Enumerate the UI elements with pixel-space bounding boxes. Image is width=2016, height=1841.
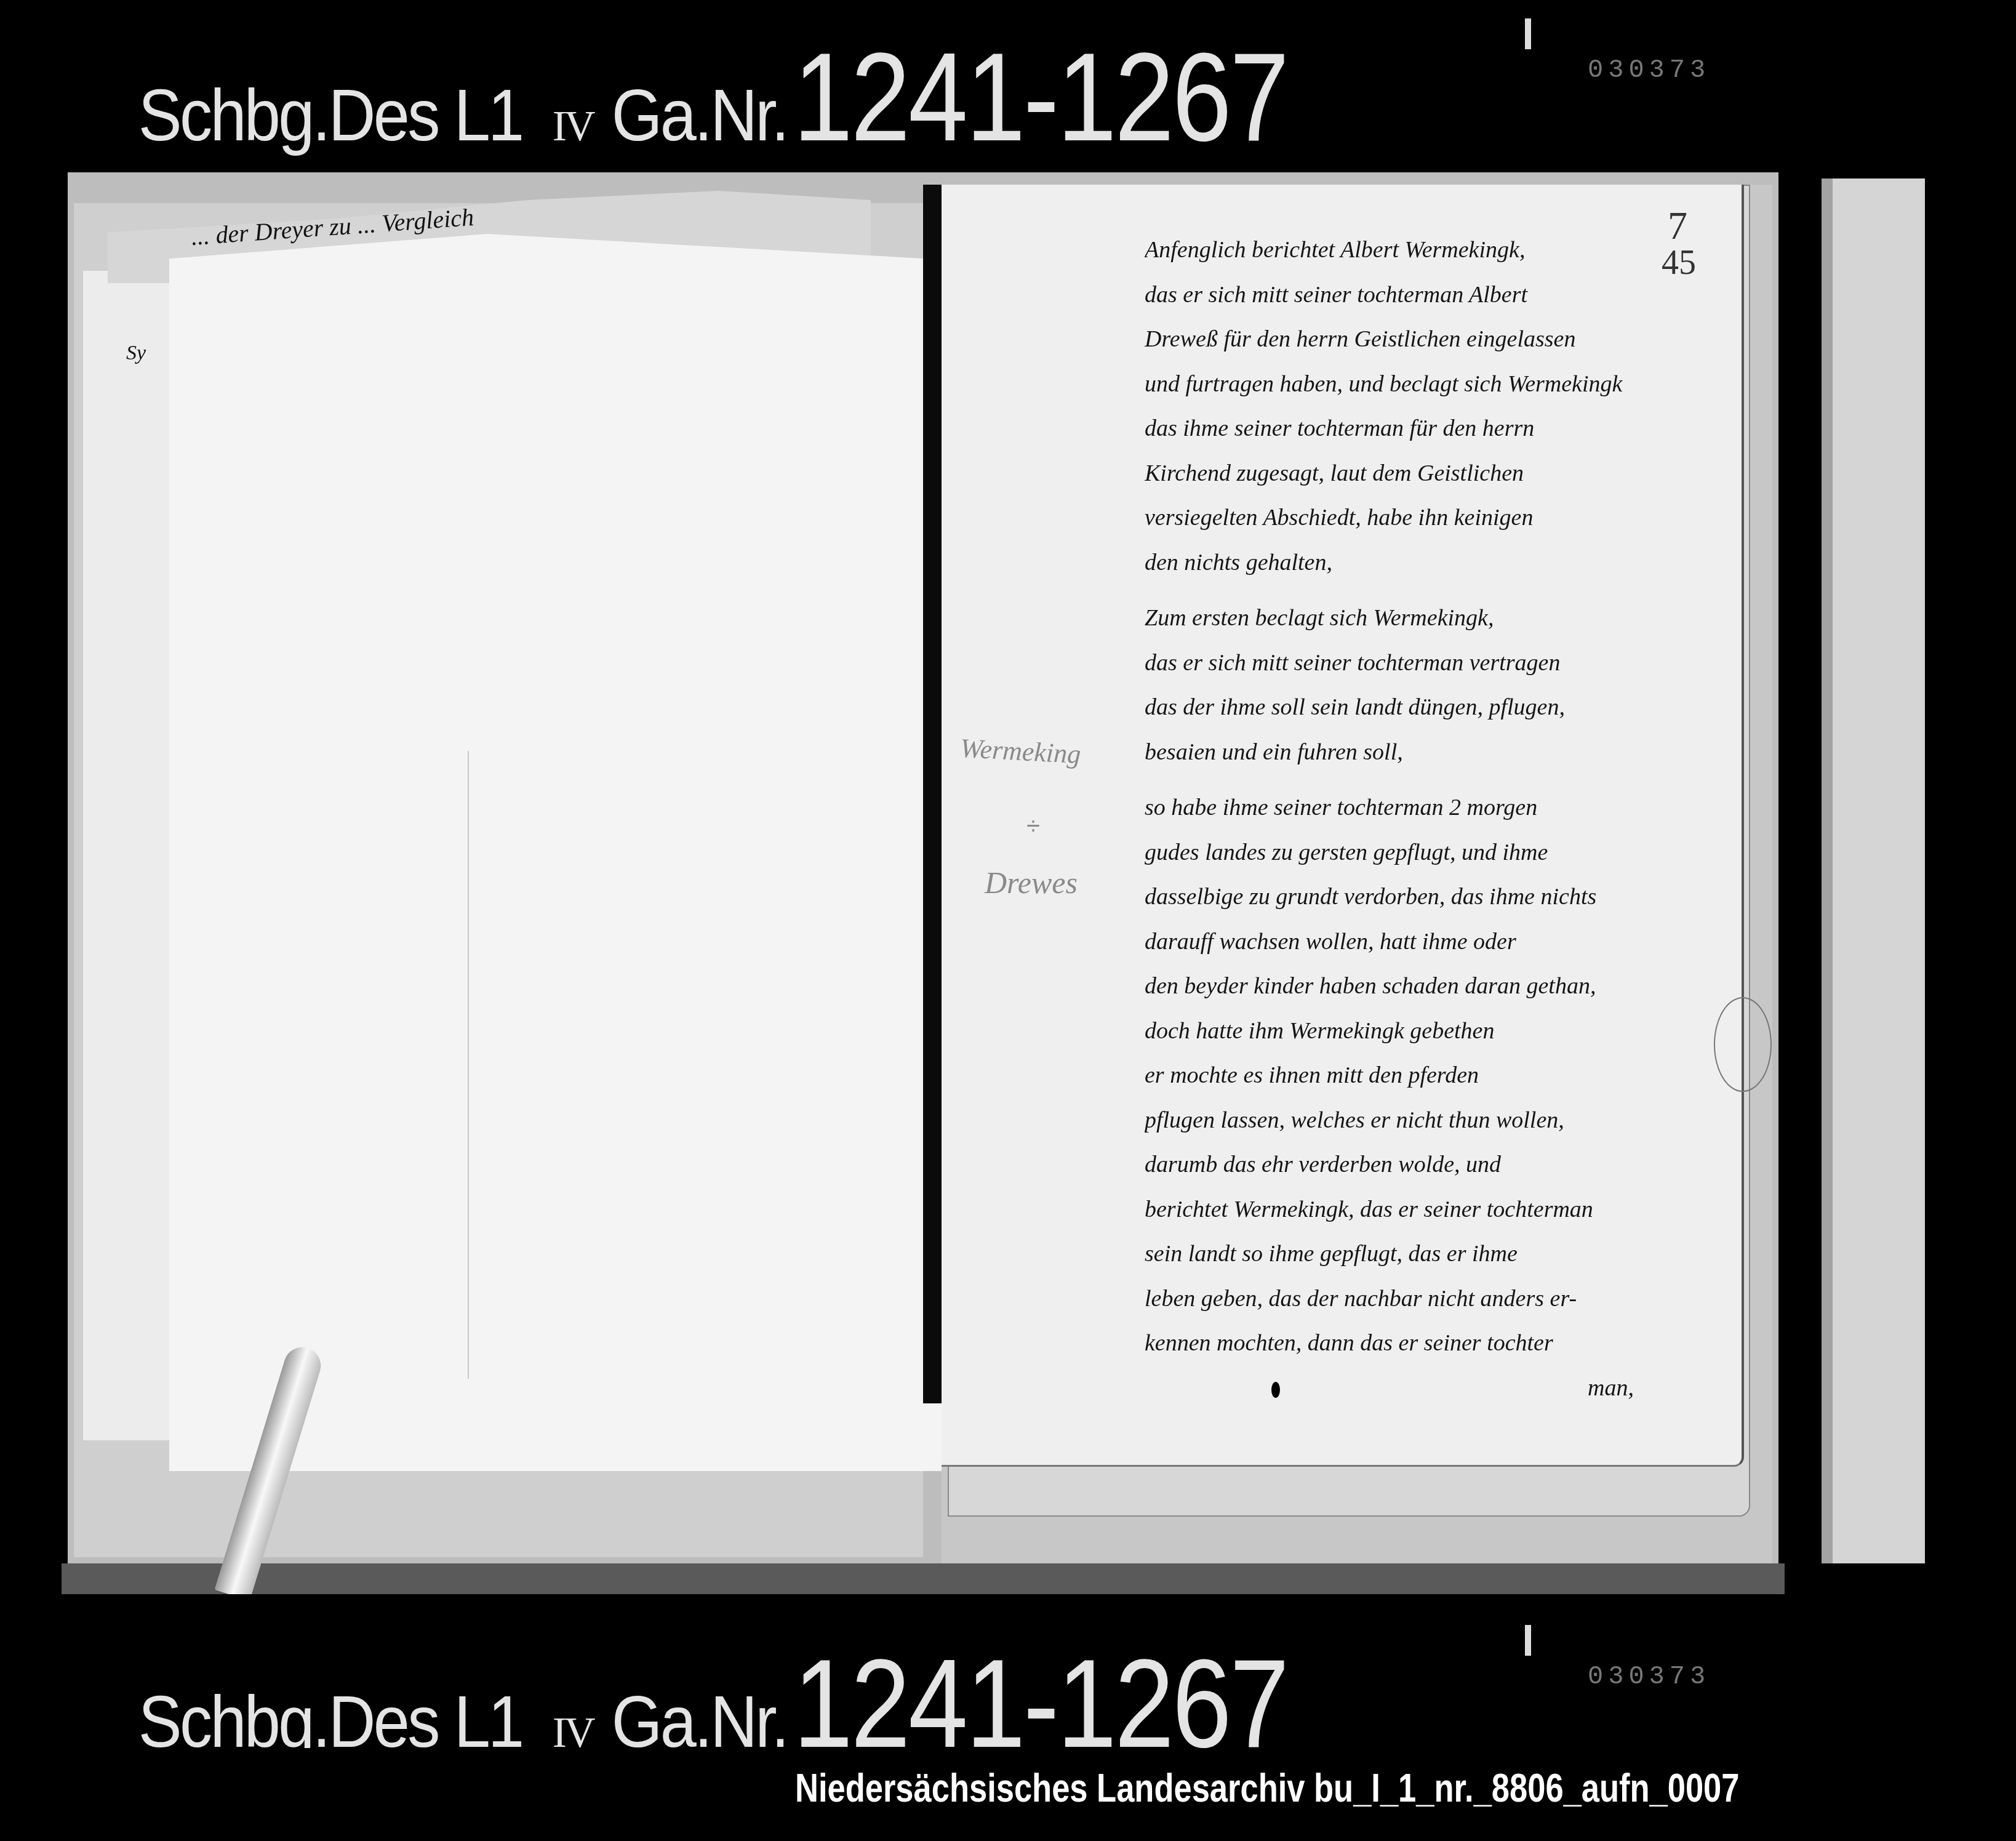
- manuscript-line: gudes landes zu gersten gepflugt, und ih…: [1145, 830, 1711, 875]
- frame-counter: 030373: [1588, 55, 1711, 98]
- manuscript-line: Anfenglich berichtet Albert Wermekingk,: [1145, 228, 1711, 273]
- film-tick-mark: [1525, 18, 1531, 49]
- archive-caption-bar: Niedersächsisches Landesarchiv bu_I_1_nr…: [0, 1748, 2016, 1841]
- frame-counter: 030373: [1588, 1662, 1711, 1705]
- manuscript-line: so habe ihme seiner tochterman 2 morgen: [1145, 785, 1711, 830]
- left-underlying-page: [83, 271, 177, 1440]
- manuscript-text: Anfenglich berichtet Albert Wermekingk, …: [1145, 228, 1711, 1410]
- manuscript-line: versiegelten Abschiedt, habe ihn keinige…: [1145, 495, 1711, 540]
- manuscript-line: berichtet Wermekingk, das er seiner toch…: [1145, 1187, 1711, 1232]
- left-margin-fragment: Sy: [126, 342, 146, 365]
- manuscript-line: und furtragen haben, und beclagt sich We…: [1145, 362, 1711, 407]
- ink-blot: [1271, 1382, 1280, 1398]
- right-binding-edge: [1822, 178, 1925, 1563]
- faint-circle-stamp: [1714, 997, 1772, 1092]
- pencil-note-name1: Wermeking: [959, 732, 1082, 770]
- manuscript-line: das der ihme soll sein landt düngen, pfl…: [1145, 685, 1711, 730]
- film-tick-mark: [1525, 1625, 1531, 1656]
- film-label-roman: IV: [553, 102, 593, 151]
- left-blank-page: [169, 234, 965, 1471]
- left-page-fold-line: [468, 751, 469, 1379]
- film-label-prefix: Schbg.Des L1: [138, 74, 522, 158]
- manuscript-line: besaien und ein fuhren soll,: [1145, 730, 1711, 775]
- manuscript-line: doch hatte ihm Wermekingk gebethen: [1145, 1009, 1711, 1054]
- manuscript-line: darumb das ehr verderben wolde, und: [1145, 1142, 1711, 1187]
- film-label-bottom: Schbg.Des L1 IV Ga.Nr. 1241-1267 030373: [0, 1594, 2016, 1748]
- film-label-top: Schbg.Des L1 IV Ga.Nr. 1241-1267 030373: [0, 0, 2016, 160]
- paragraph-gap: [1145, 774, 1711, 785]
- manuscript-line: er mochte es ihnen mitt den pferden: [1145, 1053, 1711, 1098]
- book-gutter: [923, 185, 942, 1403]
- manuscript-line: Kirchend zugesagt, laut dem Geistlichen: [1145, 451, 1711, 496]
- manuscript-line: Dreweß für den herrn Geistlichen eingela…: [1145, 317, 1711, 362]
- manuscript-line: das er sich mitt seiner tochterman vertr…: [1145, 641, 1711, 686]
- manuscript-line: Zum ersten beclagt sich Wermekingk,: [1145, 596, 1711, 641]
- film-label-text: Schbg.Des L1 IV Ga.Nr. 1241-1267: [117, 25, 1375, 170]
- manuscript-line: dasselbige zu grundt verdorben, das ihme…: [1145, 875, 1711, 920]
- manuscript-line: kennen mochten, dann das er seiner tocht…: [1145, 1321, 1711, 1366]
- manuscript-line: den beyder kinder haben schaden daran ge…: [1145, 964, 1711, 1009]
- archive-caption: Niedersächsisches Landesarchiv bu_I_1_nr…: [795, 1765, 1739, 1811]
- pencil-note-separator: ÷: [1026, 812, 1040, 840]
- manuscript-line: das er sich mitt seiner tochterman Alber…: [1145, 273, 1711, 318]
- manuscript-line: leben geben, das der nachbar nicht ander…: [1145, 1277, 1711, 1322]
- paragraph-gap: [1145, 585, 1711, 596]
- manuscript-line: sein landt so ihme gepflugt, das er ihme: [1145, 1232, 1711, 1277]
- film-label-series: Ga.Nr.: [612, 74, 787, 158]
- pencil-note-name2: Drewes: [985, 865, 1078, 900]
- film-label-range: 1241-1267: [793, 25, 1287, 170]
- manuscript-line: das ihme seiner tochterman für den herrn: [1145, 406, 1711, 451]
- manuscript-line: den nichts gehalten,: [1145, 540, 1711, 585]
- manuscript-line: pflugen lassen, welches er nicht thun wo…: [1145, 1098, 1711, 1143]
- manuscript-line: man,: [1145, 1366, 1711, 1411]
- manuscript-line: darauff wachsen wollen, hatt ihme oder: [1145, 920, 1711, 965]
